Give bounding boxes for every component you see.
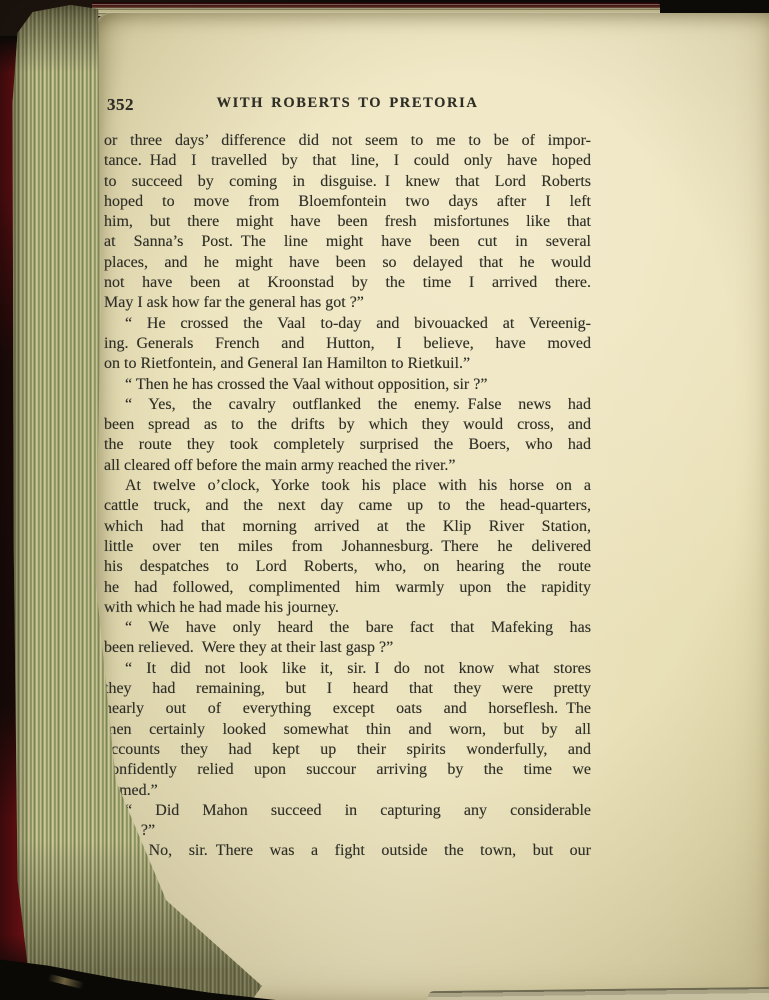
page-number: 352 — [107, 95, 134, 115]
text-block: or three days’ difference did not seem t… — [104, 131, 591, 862]
text-line: to succeed by coming in disguise. I knew… — [104, 172, 591, 192]
text-line: his despatches to Lord Roberts, who, on … — [104, 557, 591, 577]
text-line: confidently relied upon succour arriving… — [104, 760, 591, 780]
text-line: “ Then he has crossed the Vaal without o… — [104, 375, 591, 395]
text-line: force ?” — [104, 821, 591, 841]
text-line: “ It did not look like it, sir. I do not… — [104, 659, 591, 679]
text-line: little over ten miles from Johannesburg.… — [104, 537, 591, 557]
paragraph: “ We have only heard the bare fact that … — [104, 618, 591, 659]
text-line: “ We have only heard the bare fact that … — [104, 618, 591, 638]
paragraph: or three days’ difference did not seem t… — [104, 131, 591, 314]
text-line: been spread as to the drifts by which th… — [104, 415, 591, 435]
text-line: or three days’ difference did not seem t… — [104, 131, 591, 151]
text-line: “ No, sir. There was a fight outside the… — [104, 841, 591, 861]
running-title: WITH ROBERTS TO PRETORIA — [104, 95, 591, 112]
text-line: hoped to move from Bloemfontein two days… — [104, 192, 591, 212]
paragraph: “ Did Mahon succeed in capturing any con… — [104, 801, 591, 842]
text-line: on to Rietfontein, and General Ian Hamil… — [104, 354, 591, 374]
text-line: nearly out of everything except oats and… — [104, 699, 591, 719]
text-line: named.” — [104, 781, 591, 801]
paragraph: “ No, sir. There was a fight outside the… — [104, 841, 591, 861]
text-line: May I ask how far the general has got ?” — [104, 293, 591, 313]
text-line: all cleared off before the main army rea… — [104, 456, 591, 476]
text-line: “ He crossed the Vaal to-day and bivouac… — [104, 314, 591, 334]
text-line: at Sanna’s Post. The line might have bee… — [104, 232, 591, 252]
text-line: ing. Generals French and Hutton, I belie… — [104, 334, 591, 354]
paragraph: “ He crossed the Vaal to-day and bivouac… — [104, 314, 591, 375]
text-line: places, and he might have been so delaye… — [104, 253, 591, 273]
text-line: “ Yes, the cavalry outflanked the enemy.… — [104, 395, 591, 415]
paragraph: “ Then he has crossed the Vaal without o… — [104, 375, 591, 395]
text-line: At twelve o’clock, Yorke took his place … — [104, 476, 591, 496]
text-line: accounts they had kept up their spirits … — [104, 740, 591, 760]
text-line: the route they took completely surprised… — [104, 435, 591, 455]
text-line: they had remaining, but I heard that the… — [104, 679, 591, 699]
text-line: not have been at Kroonstad by the time I… — [104, 273, 591, 293]
paragraph: “ It did not look like it, sir. I do not… — [104, 659, 591, 801]
paragraph: “ Yes, the cavalry outflanked the enemy.… — [104, 395, 591, 476]
text-line: “ Did Mahon succeed in capturing any con… — [104, 801, 591, 821]
text-line: him, but there might have been fresh mis… — [104, 212, 591, 232]
text-line: which had that morning arrived at the Kl… — [104, 517, 591, 537]
text-line: been relieved. Were they at their last g… — [104, 638, 591, 658]
text-line: cattle truck, and the next day came up t… — [104, 496, 591, 516]
text-line: with which he had made his journey. — [104, 598, 591, 618]
text-line: tance. Had I travelled by that line, I c… — [104, 151, 591, 171]
text-line: men certainly looked somewhat thin and w… — [104, 720, 591, 740]
page-header: 352 WITH ROBERTS TO PRETORIA — [104, 95, 591, 112]
paragraph: At twelve o’clock, Yorke took his place … — [104, 476, 591, 618]
text-line: he had followed, complimented him warmly… — [104, 578, 591, 598]
